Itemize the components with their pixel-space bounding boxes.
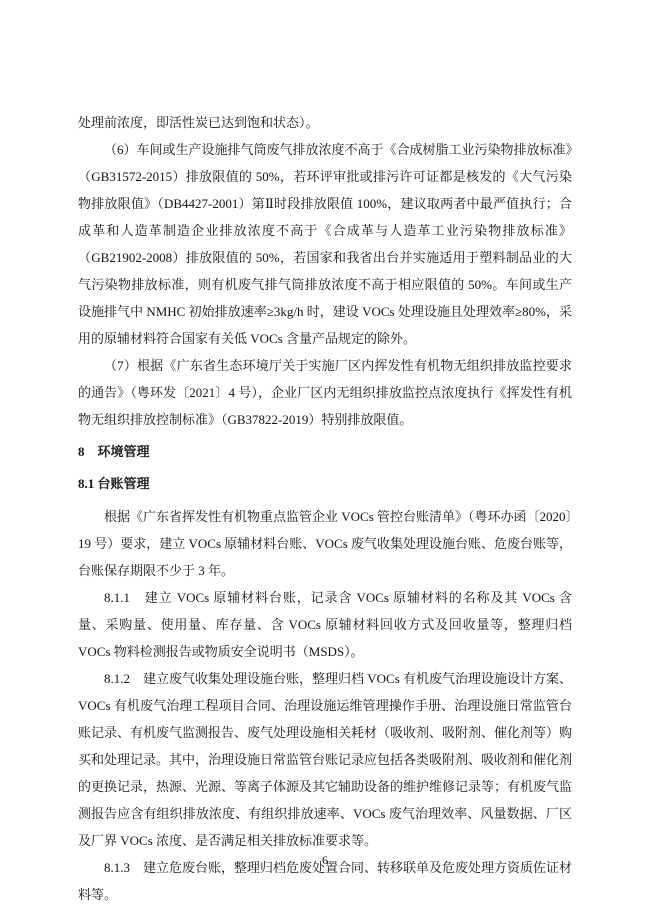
paragraph-8-1-intro: 根据《广东省挥发性有机物重点监管企业 VOCs 管控台账清单》（粤环办函〔202… bbox=[78, 503, 572, 584]
page-number: 6 bbox=[0, 853, 650, 867]
paragraph-8-1-2: 8.1.2 建立废气收集处理设施台账，整理归档 VOCs 有机废气治理设施设计方… bbox=[78, 665, 572, 854]
section-heading-8: 8 环境管理 bbox=[78, 438, 572, 465]
section-heading-8-1: 8.1 台账管理 bbox=[78, 470, 572, 497]
document-page: 处理前浓度，即活性炭已达到饱和状态）。 （6）车间或生产设施排气筒废气排放浓度不… bbox=[0, 0, 650, 919]
paragraph-item-6: （6）车间或生产设施排气筒废气排放浓度不高于《合成树脂工业污染物排放标准》（GB… bbox=[78, 136, 572, 352]
paragraph-8-1-1: 8.1.1 建立 VOCs 原辅材料台账，记录含 VOCs 原辅材料的名称及其 … bbox=[78, 584, 572, 665]
paragraph-continuation: 处理前浓度，即活性炭已达到饱和状态）。 bbox=[78, 109, 572, 136]
paragraph-item-7: （7）根据《广东省生态环境厅关于实施厂区内挥发性有机物无组织排放监控要求的通告》… bbox=[78, 352, 572, 433]
